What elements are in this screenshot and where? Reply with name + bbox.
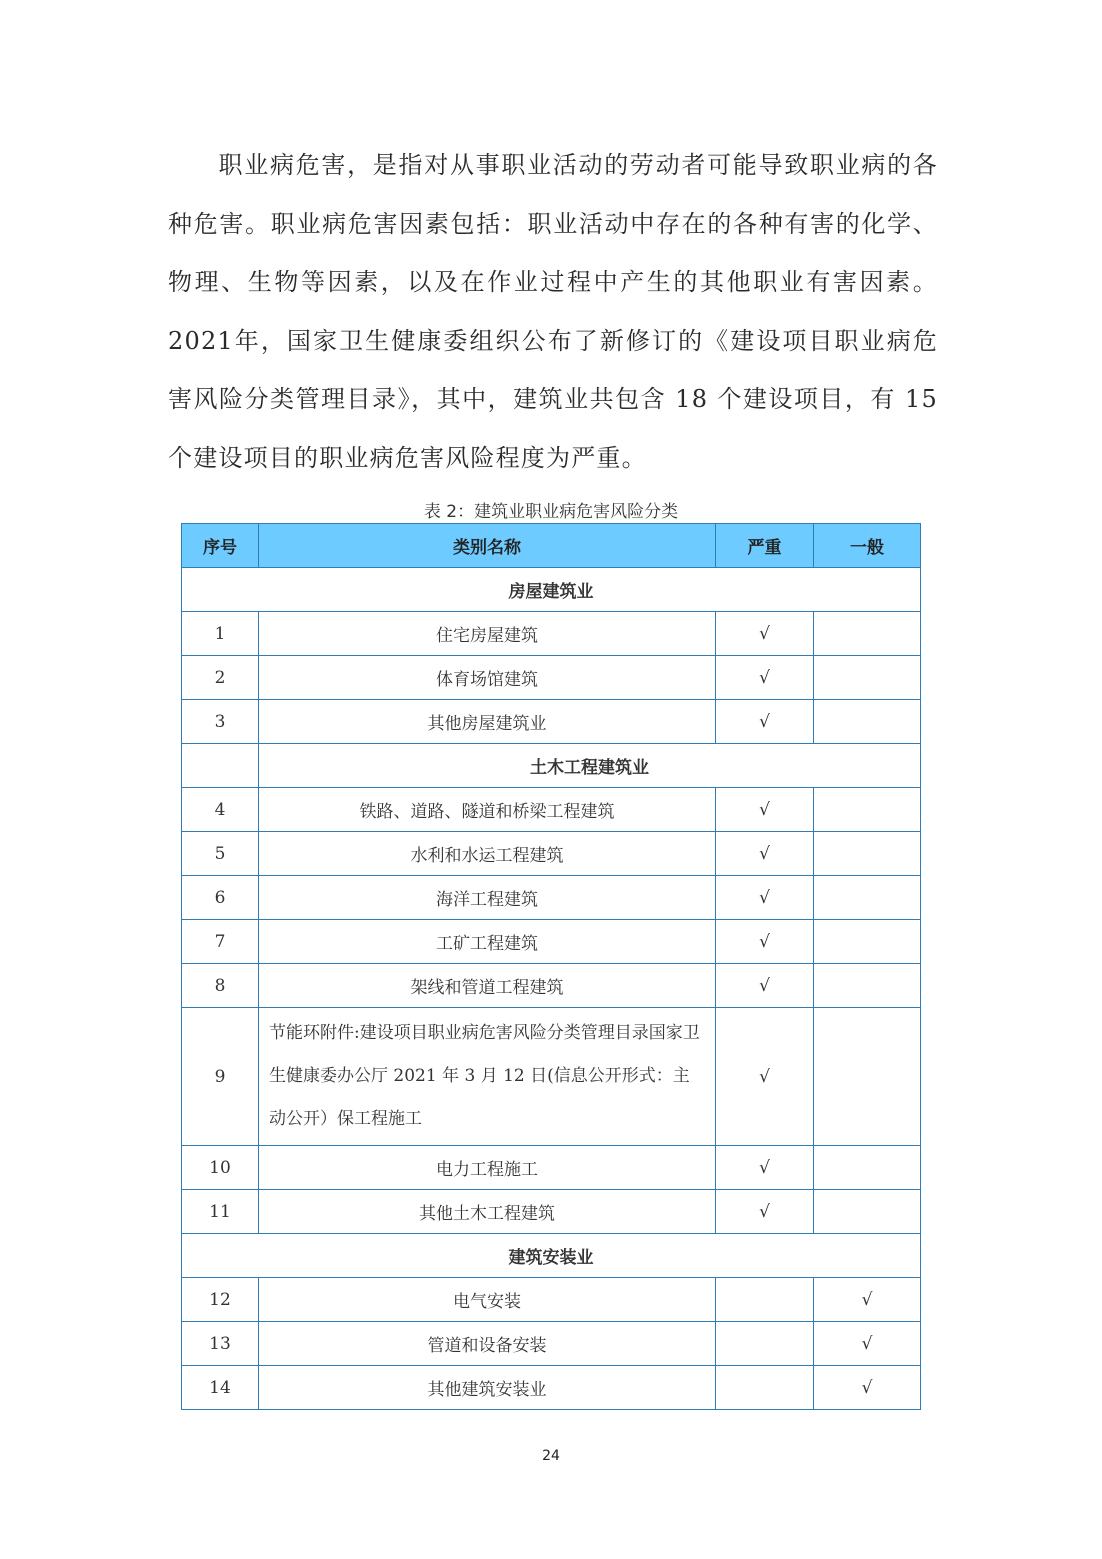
severe-check: √ [716,920,814,964]
row-no: 8 [182,964,259,1008]
body-paragraph: 职业病危害，是指对从事职业活动的劳动者可能导致职业病的各种危害。职业病危害因素包… [168,136,938,487]
table-row: 12电气安装√ [182,1278,921,1322]
page-number: 24 [0,1448,1102,1464]
row-no: 10 [182,1146,259,1190]
row-name: 其他建筑安装业 [259,1366,716,1410]
row-name: 水利和水运工程建筑 [259,832,716,876]
section-row: 建筑安装业 [182,1234,921,1278]
general-check [814,612,921,656]
row-name: 管道和设备安装 [259,1322,716,1366]
section-blank [182,744,259,788]
severe-check [716,1322,814,1366]
severe-check: √ [716,612,814,656]
table-row: 6海洋工程建筑√ [182,876,921,920]
row-no: 13 [182,1322,259,1366]
table-row: 7工矿工程建筑√ [182,920,921,964]
row-name: 电气安装 [259,1278,716,1322]
row-name: 其他土木工程建筑 [259,1190,716,1234]
row-name: 海洋工程建筑 [259,876,716,920]
section-title: 房屋建筑业 [182,568,921,612]
paragraph-text: 职业病危害，是指对从事职业活动的劳动者可能导致职业病的各种危害。职业病危害因素包… [168,151,938,472]
table-row: 11其他土木工程建筑√ [182,1190,921,1234]
section-row: 土木工程建筑业 [182,744,921,788]
general-check [814,700,921,744]
table-row: 4铁路、道路、隧道和桥梁工程建筑√ [182,788,921,832]
row-name: 电力工程施工 [259,1146,716,1190]
row-no: 3 [182,700,259,744]
severe-check [716,1366,814,1410]
row-name: 工矿工程建筑 [259,920,716,964]
section-title: 建筑安装业 [182,1234,921,1278]
row-name: 体育场馆建筑 [259,656,716,700]
severe-check: √ [716,1146,814,1190]
table-row: 14其他建筑安装业√ [182,1366,921,1410]
table-row: 10电力工程施工√ [182,1146,921,1190]
general-check: √ [814,1366,921,1410]
severe-check: √ [716,788,814,832]
row-no: 12 [182,1278,259,1322]
general-check [814,1146,921,1190]
general-check [814,1190,921,1234]
severe-check: √ [716,1008,814,1146]
table-row: 13管道和设备安装√ [182,1322,921,1366]
header-no: 序号 [182,524,259,568]
severe-check [716,1278,814,1322]
severe-check: √ [716,964,814,1008]
risk-classification-table: 序号 类别名称 严重 一般 房屋建筑业 1住宅房屋建筑√ 2体育场馆建筑√ 3其… [181,523,921,1410]
header-severe: 严重 [716,524,814,568]
row-no: 7 [182,920,259,964]
general-check [814,788,921,832]
row-no: 5 [182,832,259,876]
row-name: 住宅房屋建筑 [259,612,716,656]
section-title: 土木工程建筑业 [259,744,921,788]
header-general: 一般 [814,524,921,568]
general-check [814,964,921,1008]
table-row: 8架线和管道工程建筑√ [182,964,921,1008]
severe-check: √ [716,832,814,876]
severe-check: √ [716,700,814,744]
row-no: 11 [182,1190,259,1234]
header-category: 类别名称 [259,524,716,568]
row-name: 其他房屋建筑业 [259,700,716,744]
table-row: 3其他房屋建筑业√ [182,700,921,744]
table-row: 5水利和水运工程建筑√ [182,832,921,876]
general-check: √ [814,1322,921,1366]
general-check [814,656,921,700]
severe-check: √ [716,1190,814,1234]
severe-check: √ [716,876,814,920]
severe-check: √ [716,656,814,700]
row-name: 铁路、道路、隧道和桥梁工程建筑 [259,788,716,832]
row-no: 2 [182,656,259,700]
general-check [814,876,921,920]
general-check: √ [814,1278,921,1322]
row-no: 9 [182,1008,259,1146]
general-check [814,1008,921,1146]
row-no: 14 [182,1366,259,1410]
section-row: 房屋建筑业 [182,568,921,612]
general-check [814,832,921,876]
row-no: 4 [182,788,259,832]
row-no: 6 [182,876,259,920]
table-row: 9节能环附件:建设项目职业病危害风险分类管理目录国家卫生健康委办公厅 2021 … [182,1008,921,1146]
general-check [814,920,921,964]
table-header-row: 序号 类别名称 严重 一般 [182,524,921,568]
row-name: 节能环附件:建设项目职业病危害风险分类管理目录国家卫生健康委办公厅 2021 年… [259,1008,716,1146]
table-caption: 表 2：建筑业职业病危害风险分类 [0,497,1102,522]
table-row: 1住宅房屋建筑√ [182,612,921,656]
table-row: 2体育场馆建筑√ [182,656,921,700]
row-no: 1 [182,612,259,656]
row-name: 架线和管道工程建筑 [259,964,716,1008]
